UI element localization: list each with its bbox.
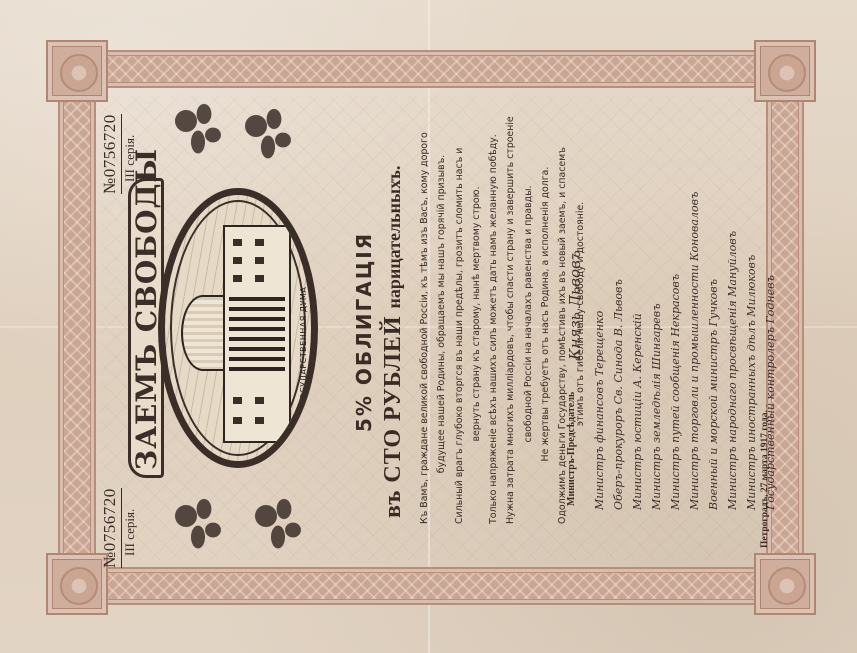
signature: Министръ народнаго просвѣщенія Мануйловъ [723, 90, 742, 510]
duma-oval-frame: ГОСУДАРСТВЕННАЯ ДУМА [158, 188, 318, 468]
bond-amount: въ СТО РУБЛЕЙ нарицательныхъ. [380, 166, 407, 518]
appeal-line: Только напряженіе всѣхъ нашихъ силъ може… [485, 104, 502, 524]
corner-rosette-icon [46, 553, 108, 615]
tauride-palace-icon [223, 225, 291, 443]
amount-prefix: въ [380, 490, 406, 518]
serial-number: №0756720 [100, 114, 122, 194]
amount-suffix: нарицательныхъ. [384, 166, 404, 309]
signature: Министръ земледѣлія Шингаревъ [647, 90, 666, 510]
signatory-title: Министръ-Предсѣдатель [566, 392, 577, 506]
signature: Оберъ-прокуроръ Св. Синода В. Львовъ [609, 90, 628, 510]
corner-rosette-icon [754, 553, 816, 615]
signature: Министръ торговли и промышленности Конов… [685, 90, 704, 510]
border-band-left [58, 90, 96, 565]
appeal-line: Нужна затрата многихъ милліардовъ, чтобы… [502, 104, 519, 524]
serial-number: №0756720 [100, 488, 122, 568]
appeal-line: Сильный врагъ глубоко вторгся въ наши пр… [451, 104, 468, 524]
laurel-wreath-icon [168, 93, 228, 163]
bond-title: 5% ОБЛИГАЦІЯ [352, 232, 376, 432]
duma-caption: ГОСУДАРСТВЕННАЯ ДУМА [299, 287, 308, 405]
laurel-wreath-icon [248, 488, 308, 558]
appeal-line: будущее нашей Родины, обращаемъ мы нашъ … [433, 104, 450, 524]
signature: Министръ юстиціи А. Керенскій [628, 90, 647, 510]
signatures-ministers: Министръ финансовъ Терещенко Оберъ-проку… [590, 90, 780, 510]
signature: Военный и морской министръ Гучковъ [704, 90, 723, 510]
state-duma-vignette: ЗАЕМЪ СВОБОДЫ ГОСУДАРСТВЕННАЯ ДУМА [128, 148, 348, 504]
appeal-line: Не жертвы требуетъ отъ насъ Родина, а ис… [537, 104, 554, 524]
border-band-bottom [96, 567, 766, 605]
tauride-palace-dome-icon [181, 295, 225, 371]
corner-rosette-icon [46, 40, 108, 102]
appeal-line: Къ Вамъ, граждане великой свободной Росс… [416, 104, 433, 524]
signature: Министръ путей сообщенія Некрасовъ [666, 90, 685, 510]
signature: Министръ финансовъ Терещенко [590, 90, 609, 510]
appeal-line: свободной Россіи на началахъ равенства и… [520, 104, 537, 524]
laurel-wreath-icon [238, 98, 298, 168]
laurel-wreath-icon [168, 488, 228, 558]
signature: Министръ иностранныхъ дѣлъ Милюковъ [742, 90, 761, 510]
appeal-line: вернуть страну къ старому, нынѣ мертвому… [468, 104, 485, 524]
amount-value: СТО РУБЛЕЙ [380, 315, 406, 482]
place-and-date: Петроградъ, 27 марта 1917 года. [760, 410, 770, 548]
signature-chairman: Князь Львовъ [564, 250, 586, 360]
border-band-top [96, 50, 766, 88]
